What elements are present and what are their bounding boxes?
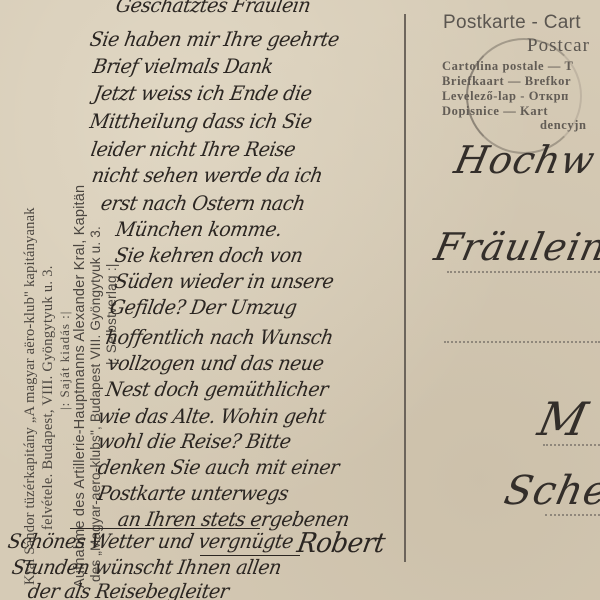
message-line: hoffentlich nach Wunsch bbox=[104, 326, 335, 349]
caption-hungarian-line-2: felvétele. Budapest, VIII. Gyöngytyuk u.… bbox=[40, 265, 57, 530]
message-line: wie das Alte. Wohin geht bbox=[96, 405, 327, 428]
message-line: nicht sehen werde da ich bbox=[90, 164, 324, 187]
address-line: Sche bbox=[500, 468, 600, 514]
address-dotted-line bbox=[444, 341, 600, 343]
postcard-title: Postkarte - Cart bbox=[443, 12, 581, 34]
address-line: Hochw bbox=[451, 138, 600, 182]
message-line: Süden wieder in unsere bbox=[113, 270, 335, 293]
message-line: Geschätztes Fräulein bbox=[114, 0, 312, 17]
message-line: Postkarte unterwegs bbox=[96, 482, 290, 505]
address-dotted-line bbox=[447, 271, 600, 273]
message-line: Brief vielmals Dank bbox=[91, 55, 274, 78]
message-line: Jetzt weiss ich Ende die bbox=[92, 82, 313, 105]
postcard-title-english: Postcar bbox=[527, 35, 590, 57]
message-line: erst nach Ostern nach bbox=[99, 192, 307, 215]
header-language-line: dencyjn bbox=[540, 118, 587, 133]
postcard: Kral Sándor tüzérkapitány „A magyar aëro… bbox=[0, 0, 600, 600]
address-line: Fräulein bbox=[431, 225, 600, 269]
message-line: leider nicht Ihre Reise bbox=[89, 138, 297, 161]
message-line: vollzogen und das neue bbox=[106, 352, 325, 375]
caption-hungarian-line-1: Kral Sándor tüzérkapitány „A magyar aëro… bbox=[22, 207, 39, 585]
message-line: Sie kehren doch von bbox=[113, 244, 304, 267]
message-line: Sie haben mir Ihre geehrte bbox=[88, 28, 341, 51]
header-language-line: Briefkaart — Brefkor bbox=[442, 74, 571, 89]
address-dotted-line bbox=[545, 514, 600, 516]
message-line: der als Reisebegleiter bbox=[26, 580, 230, 600]
message-line: denken Sie auch mit einer bbox=[96, 456, 341, 479]
caption-hungarian-line-3: |: Saját kiadás :| bbox=[57, 311, 73, 410]
message-line: Gefilde? Der Umzug bbox=[108, 296, 298, 319]
message-line: Stunden wünscht Ihnen allen bbox=[10, 556, 283, 579]
address-dotted-line bbox=[543, 444, 600, 446]
header-language-line: Dopisnice — Kart bbox=[442, 104, 548, 119]
header-language-line: Levelező-lap - Открп bbox=[442, 89, 569, 104]
message-line: München komme. bbox=[114, 218, 283, 241]
message-line: Mittheilung dass ich Sie bbox=[88, 110, 313, 133]
address-line: M bbox=[534, 392, 594, 446]
message-address-divider bbox=[404, 14, 406, 562]
underline bbox=[70, 528, 260, 529]
message-line: Schönes Wetter und vergnügte bbox=[6, 530, 295, 553]
header-language-line: Cartolina postale — T bbox=[442, 59, 573, 74]
underline bbox=[200, 555, 300, 556]
signature: Robert bbox=[295, 528, 387, 560]
message-line: wohl die Reise? Bitte bbox=[96, 430, 292, 453]
message-line: Nest doch gemüthlicher bbox=[104, 378, 330, 401]
